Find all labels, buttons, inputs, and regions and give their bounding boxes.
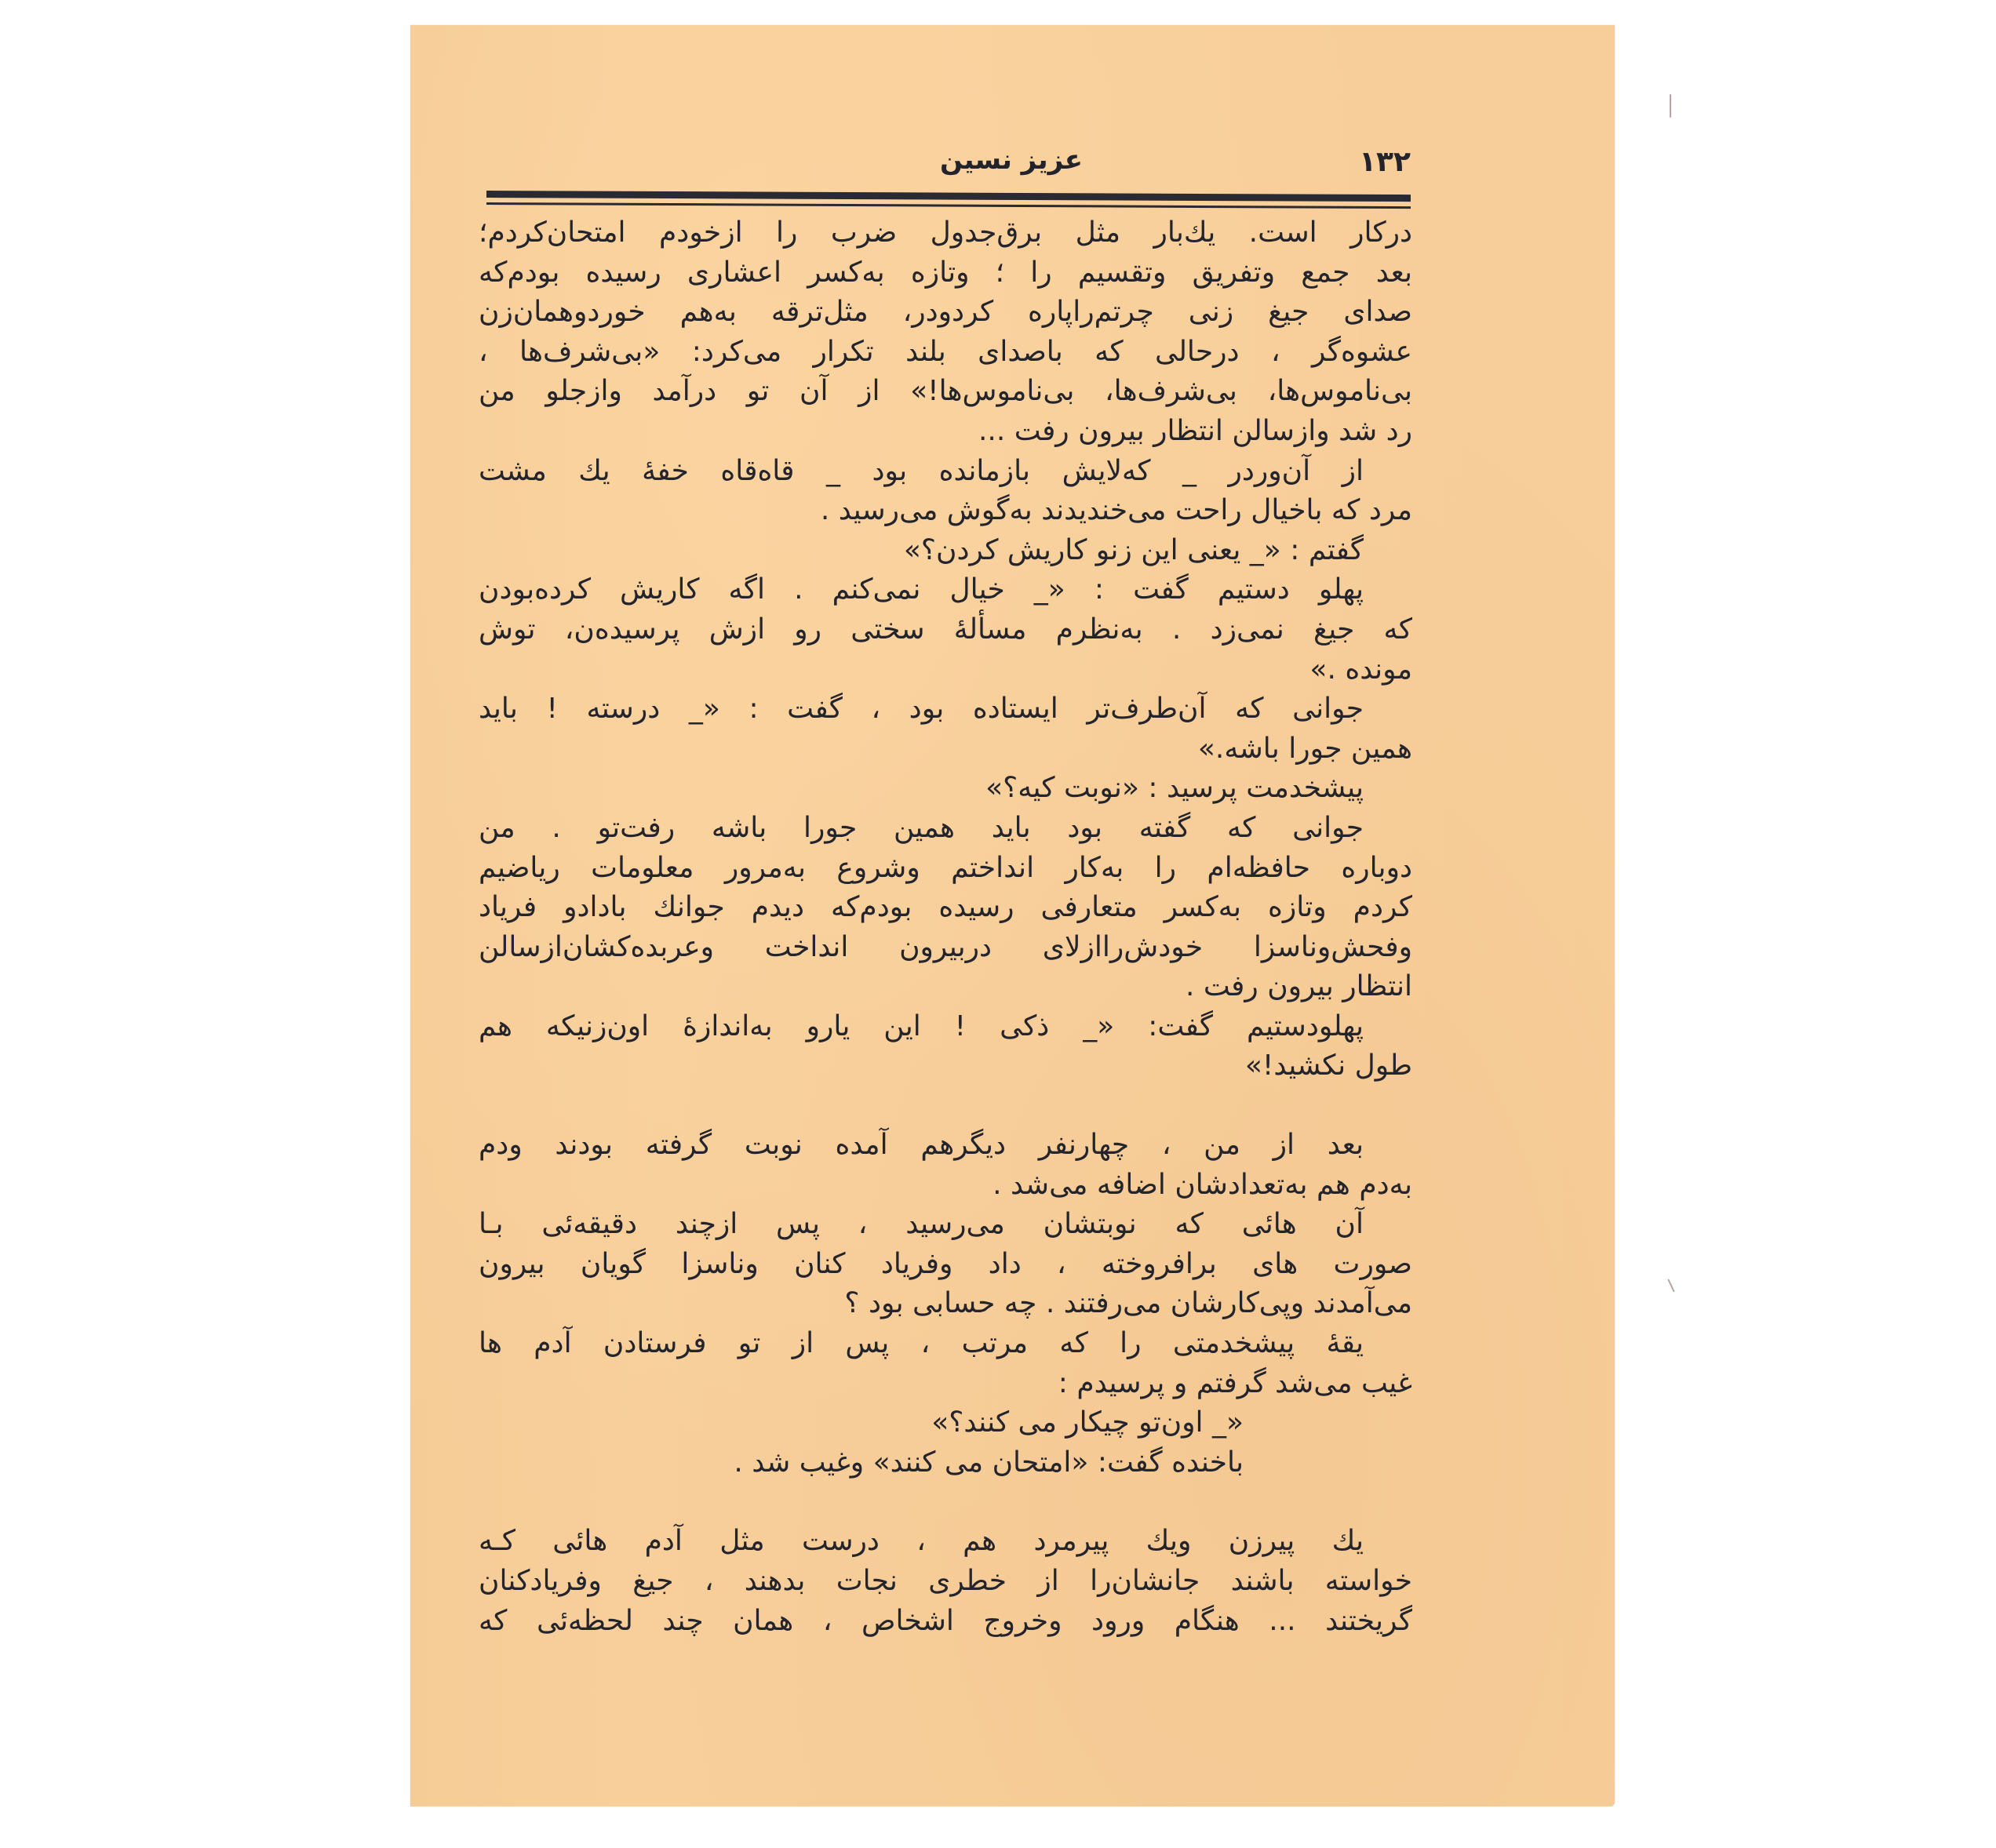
text-line: صدای جیغ زنی چرتم‌راپاره کردودر، مثل‌ترق… <box>479 293 1412 333</box>
dialogue-line: گفتم : «_ یعنی این زنو کاریش کردن؟» <box>479 531 1412 571</box>
text-line: مرد که باخیال راحت می‌خندیدند به‌گوش می‌… <box>479 491 1412 531</box>
text-line: طول نکشید!» <box>479 1046 1412 1086</box>
section-break <box>479 1086 1412 1126</box>
section-break <box>479 1482 1412 1522</box>
text-line: بعد جمع وتفریق وتقسیم را ؛ وتازه به‌کسر … <box>479 253 1412 293</box>
text-line: غیب می‌شد گرفتم و پرسیدم : <box>479 1364 1412 1404</box>
dialogue-line: «_ اون‌تو چیکار می کنند؟» <box>479 1403 1412 1443</box>
paragraph-start: از آن‌وردر _ که‌لایش بازمانده بود _ قاه‌… <box>479 452 1412 492</box>
text-line: انتظار بیرون رفت . <box>479 967 1412 1007</box>
text-line: که جیغ نمی‌زد . به‌نظرم مسألهٔ سختی رو ا… <box>479 610 1412 650</box>
pencil-mark <box>1670 94 1671 118</box>
dialogue-line: پیشخدمت پرسید : «نوبت کیه؟» <box>479 769 1412 809</box>
text-line: می‌آمدند وپی‌کارشان می‌رفتند . چه حسابی … <box>479 1284 1412 1324</box>
dialogue-line: جوانی که آن‌طرف‌تر ایستاده بود ، گفت : «… <box>479 689 1412 729</box>
paragraph-start: یك پیرزن ویك پیرمرد هم ، درست مثل آدم ها… <box>479 1522 1412 1562</box>
dialogue-line: پهلو دستیم گفت : «_ خیال نمی‌کنم . اگه ک… <box>479 570 1412 610</box>
text-line: صورت های برافروخته ، داد وفریاد کنان ونا… <box>479 1245 1412 1285</box>
text-line: همین جورا باشه.» <box>479 729 1412 769</box>
text-line: به‌دم هم به‌تعدادشان اضافه می‌شد . <box>479 1166 1412 1206</box>
page-header: ١٣٢ عزیز نسین <box>486 118 1411 196</box>
body-text: درکار است. یك‌بار مثل برق‌جدول ضرب را از… <box>479 213 1412 1641</box>
paragraph-start: آن هائی که نوبتشان می‌رسید ، پس ازچند دق… <box>479 1205 1412 1245</box>
text-line: وفحش‌وناسزا خودش‌راازلای دربیرون انداخت … <box>479 928 1412 968</box>
text-line: مونده .» <box>479 650 1412 690</box>
text-line: کردم وتازه به‌کسر متعارفی رسیده بودم‌که … <box>479 888 1412 928</box>
text-line: عشوه‌گر ، درحالی که باصدای بلند تکرار می… <box>479 333 1412 373</box>
text-line: بی‌ناموس‌ها، بی‌شرف‌ها، بی‌ناموس‌ها!» از… <box>479 372 1412 412</box>
pencil-mark <box>1667 1279 1674 1292</box>
paragraph-start: بعد از من ، چهارنفر دیگرهم آمده نوبت گرف… <box>479 1126 1412 1166</box>
dialogue-line: پهلودستیم گفت: «_ ذکی ! این یارو به‌اندا… <box>479 1007 1412 1047</box>
text-line: دوباره حافظه‌ام را به‌کار انداختم وشروع … <box>479 849 1412 889</box>
text-line: رد شد وازسالن انتظار بیرون رفت ... <box>479 412 1412 452</box>
text-line: خواسته باشند جانشان‌را از خطری نجات بدهن… <box>479 1562 1412 1602</box>
paragraph-start: جوانی که گفته بود باید همین جورا باشه رف… <box>479 809 1412 849</box>
running-title: عزیز نسین <box>486 144 1411 176</box>
text-line: گریختند ... هنگام ورود وخروج اشخاص ، هما… <box>479 1602 1412 1642</box>
dialogue-line: باخنده گفت: «امتحان می کنند» وغیب شد . <box>479 1443 1412 1483</box>
text-line: درکار است. یك‌بار مثل برق‌جدول ضرب را از… <box>479 213 1412 253</box>
paragraph-start: یقهٔ پیشخدمتی را که مرتب ، پس از تو فرست… <box>479 1324 1412 1364</box>
